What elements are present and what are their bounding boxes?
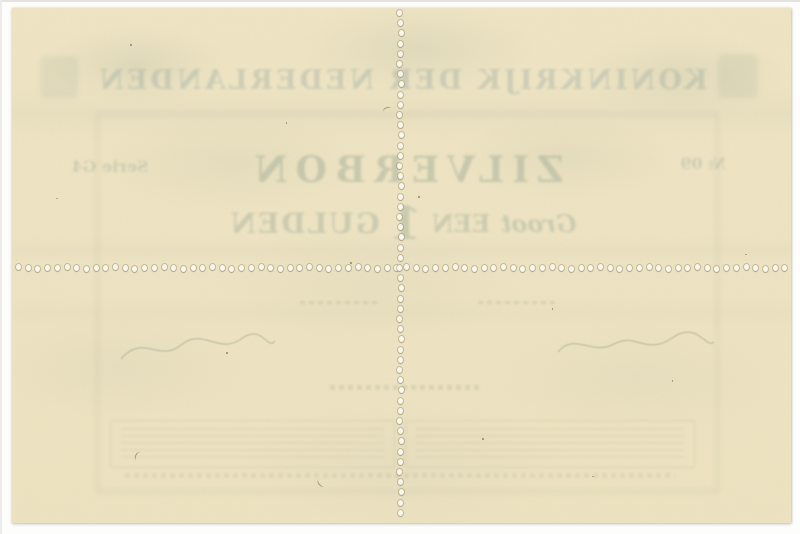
perforation-hole: [398, 51, 403, 57]
fiber-speck: [552, 308, 553, 310]
perforation-hole: [55, 265, 60, 271]
perforation-hole: [398, 41, 403, 47]
perforation-hole: [398, 500, 403, 506]
fiber-speck: [56, 198, 58, 199]
scanner-edge-left: [0, 0, 2, 534]
showthrough-header-text: KONINKRIJK DER NEDERLANDEN: [56, 58, 748, 102]
perforation-hole: [398, 20, 403, 26]
perforation-hole: [398, 510, 403, 516]
perforation-hole: [84, 266, 89, 272]
fiber-speck: [672, 380, 673, 382]
showthrough-number-text: № 09: [645, 146, 761, 180]
showthrough-een-word: EEN: [432, 209, 491, 238]
showthrough-bottom-block-left: [110, 420, 395, 468]
showthrough-gulden-word: GULDEN: [228, 207, 379, 240]
perforation-hole: [724, 265, 729, 271]
perforation-hole: [16, 264, 21, 270]
perforation-hole: [35, 266, 40, 272]
perforation-hole: [734, 265, 739, 271]
fiber-speck: [418, 196, 420, 198]
showthrough-denomination-line: Groot EEN 1 GULDEN: [215, 196, 590, 250]
fiber-speck: [592, 476, 594, 477]
showthrough-groot-word: Groot: [500, 209, 576, 238]
perforation-hole: [65, 264, 70, 270]
perforation-hole: [26, 265, 31, 271]
perforation-hole: [397, 10, 402, 16]
fiber-speck: [226, 352, 228, 354]
perforation-hole: [398, 102, 403, 108]
showthrough-signature-right: [550, 322, 720, 367]
fiber-speck: [130, 44, 132, 46]
fiber-speck: [482, 438, 484, 440]
showthrough-numeral-one: 1: [390, 196, 422, 250]
perforation-hole: [45, 265, 50, 271]
showthrough-title-text: ZILVERBON: [240, 146, 570, 194]
perforation-hole: [744, 264, 749, 270]
perforation-hole: [773, 265, 778, 271]
perforation-hole: [399, 30, 404, 36]
perforation-hole: [763, 266, 768, 272]
fiber-speck: [745, 254, 747, 255]
perforation-hole: [753, 265, 758, 271]
fiber-speck: [286, 122, 287, 124]
showthrough-serie-text: Serie G4: [62, 150, 158, 182]
perforation-hole: [782, 265, 787, 271]
showthrough-signature-left: [115, 325, 280, 370]
banknote-paper: KONINKRIJK DER NEDERLANDEN Serie G4 № 09…: [12, 8, 791, 523]
scanner-edge-top: [0, 0, 800, 2]
fiber-speck: [350, 262, 352, 264]
showthrough-bottom-block-right: [405, 420, 695, 468]
banknote-scan: KONINKRIJK DER NEDERLANDEN Serie G4 № 09…: [0, 0, 800, 534]
perforation-hole: [74, 265, 79, 271]
